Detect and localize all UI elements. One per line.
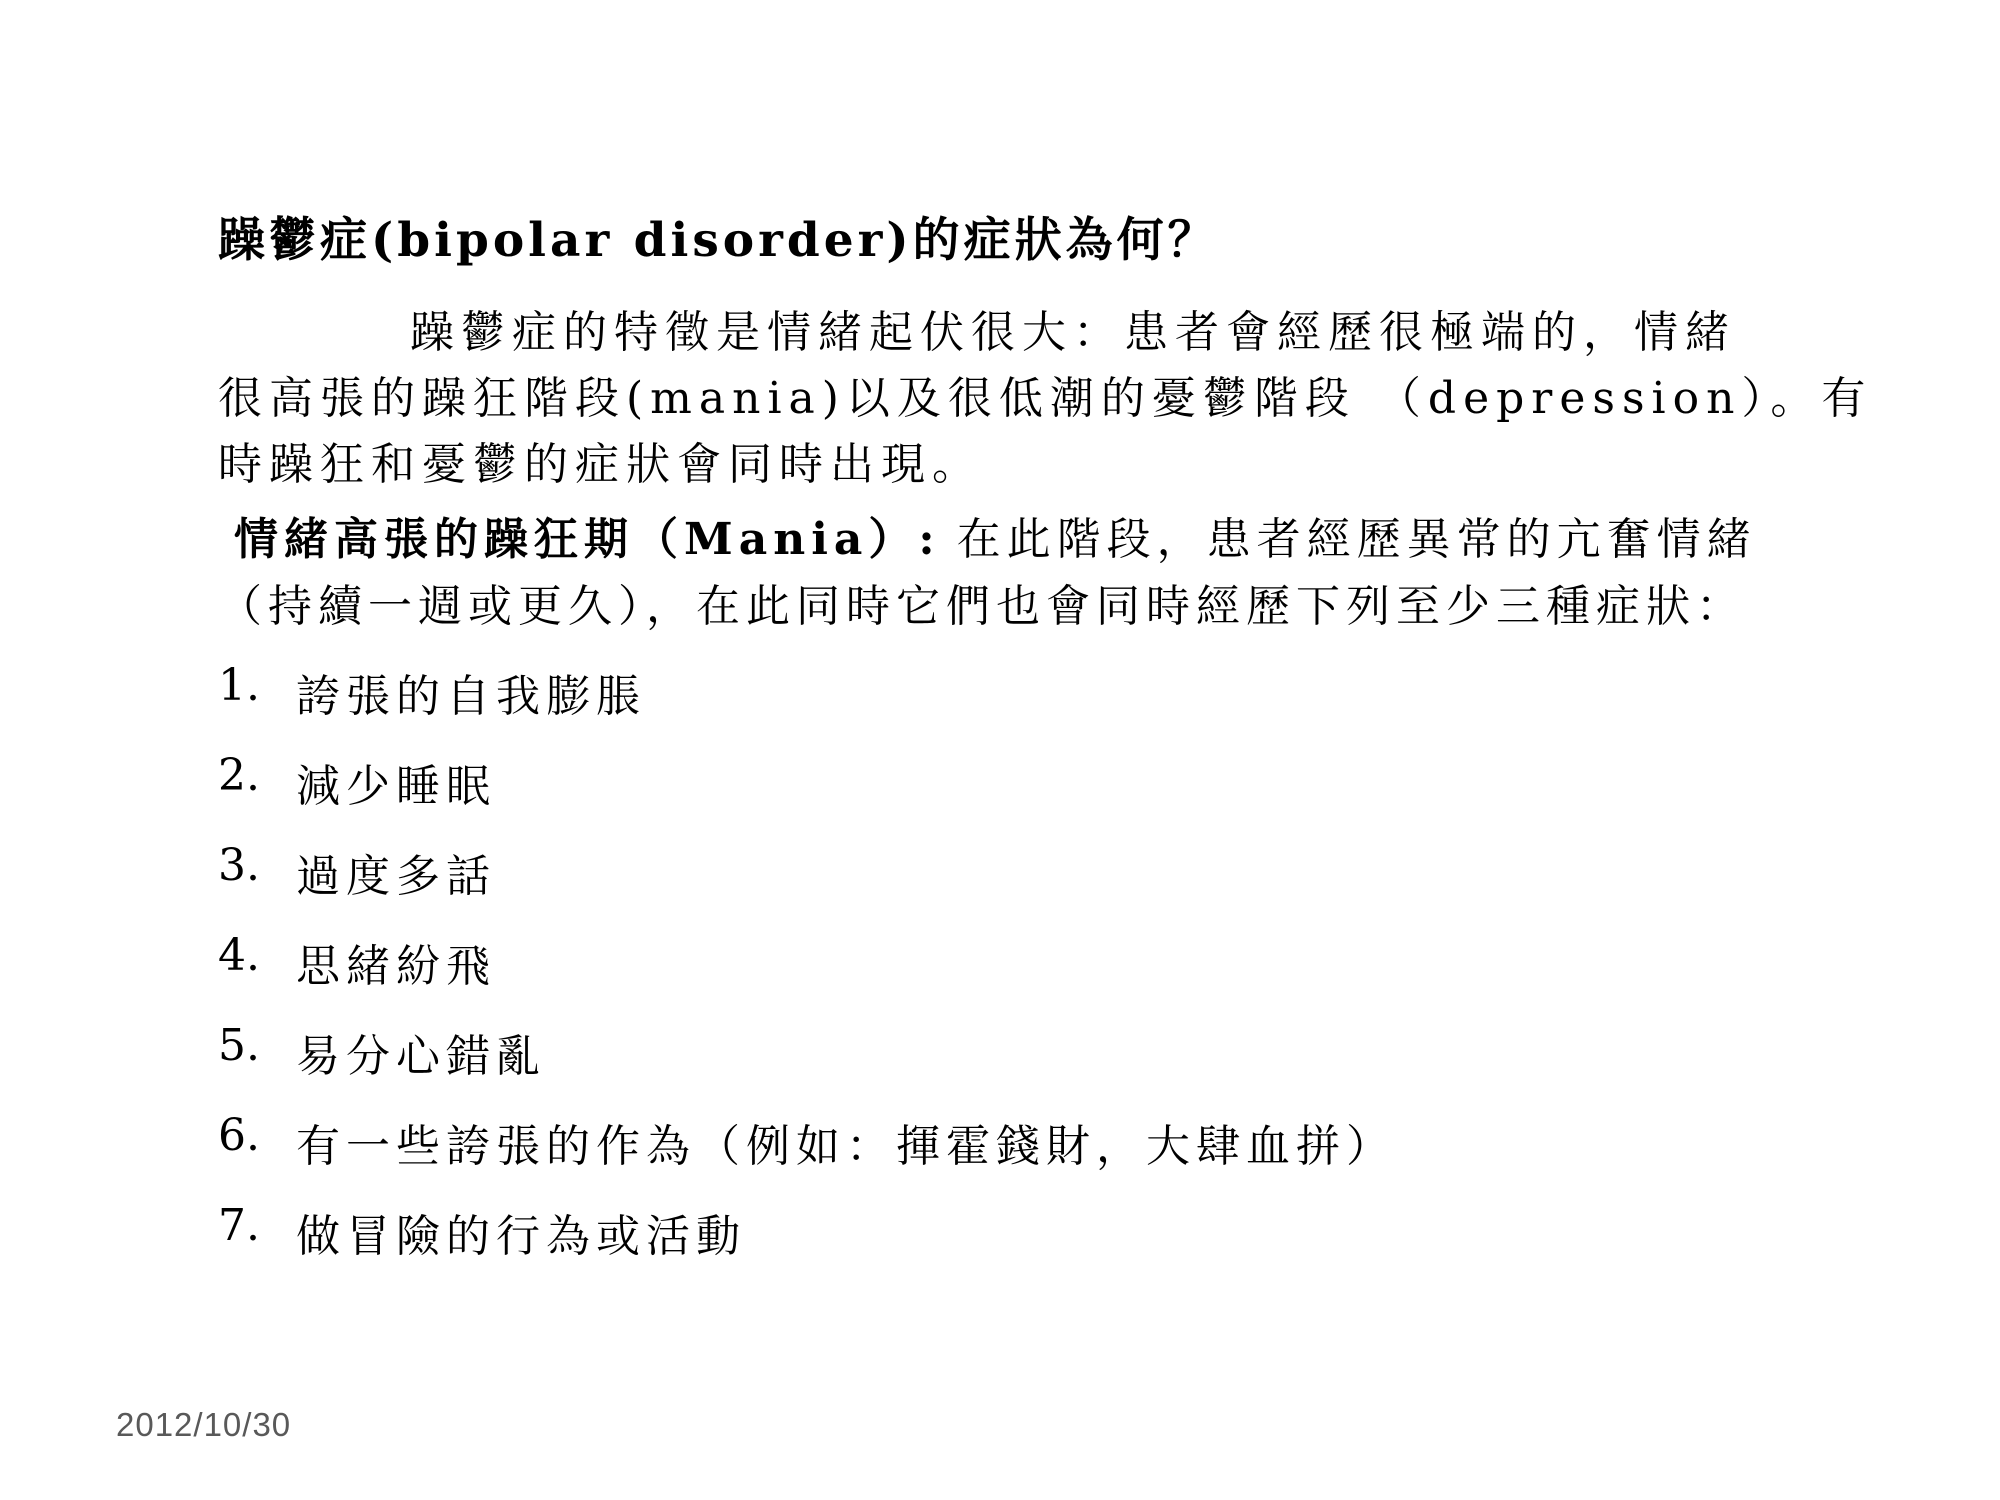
intro-line-2: 很高張的躁狂階段(mania)以及很低潮的憂鬱階段 （depression）。有 — [218, 366, 1872, 432]
list-item: 6. 有一些誇張的作為（例如：揮霍錢財，大肆血拼） — [218, 1110, 1396, 1200]
list-item: 2. 減少睡眠 — [218, 750, 1396, 840]
symptom-list: 1. 誇張的自我膨脹 2. 減少睡眠 3. 過度多話 4. 思緒紛飛 5. 易分… — [218, 660, 1396, 1290]
mania-heading: 情緒高張的躁狂期（Mania）: — [234, 514, 941, 565]
list-item: 3. 過度多話 — [218, 840, 1396, 930]
list-item: 1. 誇張的自我膨脹 — [218, 660, 1396, 750]
list-item-number: 5. — [218, 1020, 296, 1071]
intro-line-3: 時躁狂和憂鬱的症狀會同時出現。 — [218, 432, 1872, 498]
mania-paragraph: 情緒高張的躁狂期（Mania）:在此階段，患者經歷異常的亢奮情緒 （持續一週或更… — [218, 506, 1757, 640]
list-item-text: 做冒險的行為或活動 — [296, 1200, 746, 1264]
slide-date: 2012/10/30 — [116, 1406, 291, 1444]
slide-title: 躁鬱症(bipolar disorder)的症狀為何？ — [218, 203, 1219, 270]
list-item-number: 6. — [218, 1110, 296, 1161]
list-item: 7. 做冒險的行為或活動 — [218, 1200, 1396, 1290]
list-item-text: 思緒紛飛 — [296, 930, 496, 994]
mania-line-1: 情緒高張的躁狂期（Mania）:在此階段，患者經歷異常的亢奮情緒 — [218, 506, 1757, 573]
list-item-number: 4. — [218, 930, 296, 981]
list-item-number: 1. — [218, 660, 296, 711]
list-item-number: 3. — [218, 840, 296, 891]
list-item-text: 減少睡眠 — [296, 750, 496, 814]
presentation-slide: 躁鬱症(bipolar disorder)的症狀為何？ 躁鬱症的特徵是情緒起伏很… — [0, 0, 2000, 1500]
mania-line-2: （持續一週或更久），在此同時它們也會同時經歷下列至少三種症狀： — [218, 573, 1757, 640]
intro-paragraph: 躁鬱症的特徵是情緒起伏很大：患者會經歷很極端的，情緒 很高張的躁狂階段(mani… — [218, 300, 1872, 498]
list-item-text: 易分心錯亂 — [296, 1020, 546, 1084]
list-item-text: 有一些誇張的作為（例如：揮霍錢財，大肆血拼） — [296, 1110, 1396, 1174]
list-item-number: 2. — [218, 750, 296, 801]
list-item: 5. 易分心錯亂 — [218, 1020, 1396, 1110]
intro-line-1: 躁鬱症的特徵是情緒起伏很大：患者會經歷很極端的，情緒 — [218, 300, 1872, 366]
mania-line-1-text: 在此階段，患者經歷異常的亢奮情緒 — [957, 514, 1757, 565]
list-item-number: 7. — [218, 1200, 296, 1251]
list-item-text: 誇張的自我膨脹 — [296, 660, 646, 724]
list-item: 4. 思緒紛飛 — [218, 930, 1396, 1020]
list-item-text: 過度多話 — [296, 840, 496, 904]
